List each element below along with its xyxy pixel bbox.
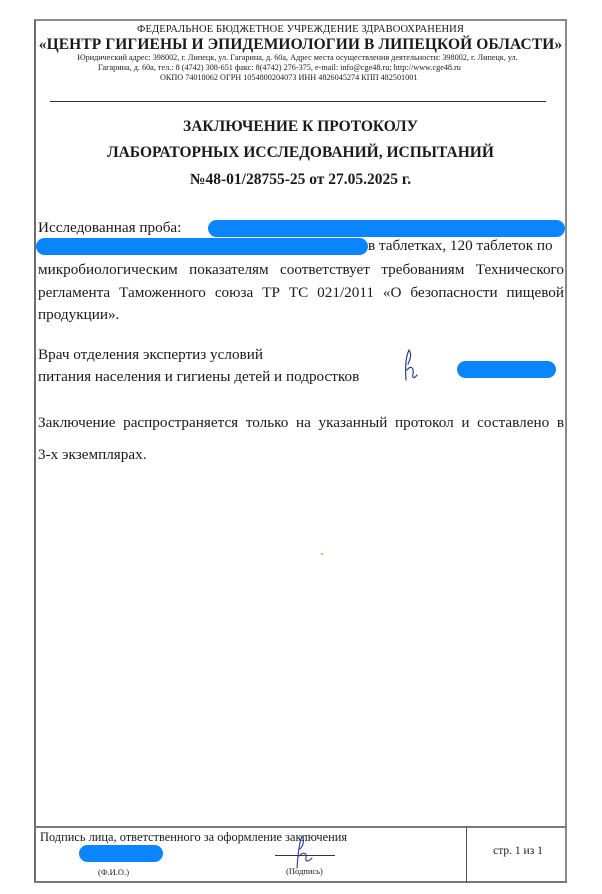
fio-caption: (Ф.И.О.)	[98, 867, 129, 877]
document-subtitle: ЛАБОРАТОРНЫХ ИССЛЕДОВАНИЙ, ИСПЫТАНИЙ	[34, 144, 567, 162]
redacted-doctor-name	[457, 361, 556, 378]
address-line-1: Юридический адрес: 398002, г. Липецк, ул…	[77, 53, 518, 62]
registration-codes: ОКПО 74018062 ОГРН 1054800204073 ИНН 482…	[40, 73, 555, 83]
sample-tail: в таблетках, 120 таблеток по	[368, 237, 553, 255]
org-name: «ЦЕНТР ГИГИЕНЫ И ЭПИДЕМИОЛОГИИ В ЛИПЕЦКО…	[34, 36, 567, 53]
doctor-position-1: Врач отделения экспертиз условий	[38, 346, 263, 364]
note-line-2: 3-х экземплярах.	[38, 446, 147, 464]
redacted-responsible-name	[79, 845, 163, 862]
conclusion-line-4: регламента Таможенного союза ТР ТС 021/2…	[38, 284, 564, 302]
address-line-2: Гагарина, д. 60а, тел.: 8 (4742) 308-651…	[40, 63, 555, 73]
signature-icon	[400, 346, 426, 384]
footer-signature-icon	[290, 834, 324, 870]
note-line-1: Заключение распространяется только на ук…	[38, 414, 564, 432]
page-indicator: стр. 1 из 1	[470, 845, 566, 857]
redacted-sample-name	[208, 220, 565, 237]
letterhead: ФЕДЕРАЛЬНОЕ БЮДЖЕТНОЕ УЧРЕЖДЕНИЕ ЗДРАВОО…	[34, 22, 567, 83]
footer-divider	[466, 826, 467, 883]
conclusion-line-3: микробиологическим показателям соответст…	[38, 261, 564, 279]
sample-label: Исследованная проба:	[38, 219, 181, 237]
signature-caption: (Подпись)	[286, 866, 323, 876]
doctor-position-2: питания населения и гигиены детей и подр…	[38, 368, 359, 386]
header-divider	[50, 101, 546, 102]
redacted-sample-name-cont	[36, 238, 368, 255]
org-type: ФЕДЕРАЛЬНОЕ БЮДЖЕТНОЕ УЧРЕЖДЕНИЕ ЗДРАВОО…	[34, 23, 567, 36]
conclusion-line-5: продукции».	[38, 306, 119, 324]
document-title: ЗАКЛЮЧЕНИЕ К ПРОТОКОЛУ	[34, 118, 567, 136]
scan-speck	[321, 553, 323, 555]
org-address: Юридический адрес: 398002, г. Липецк, ул…	[34, 53, 567, 83]
protocol-number: №48-01/28755-25 от 27.05.2025 г.	[34, 171, 567, 189]
